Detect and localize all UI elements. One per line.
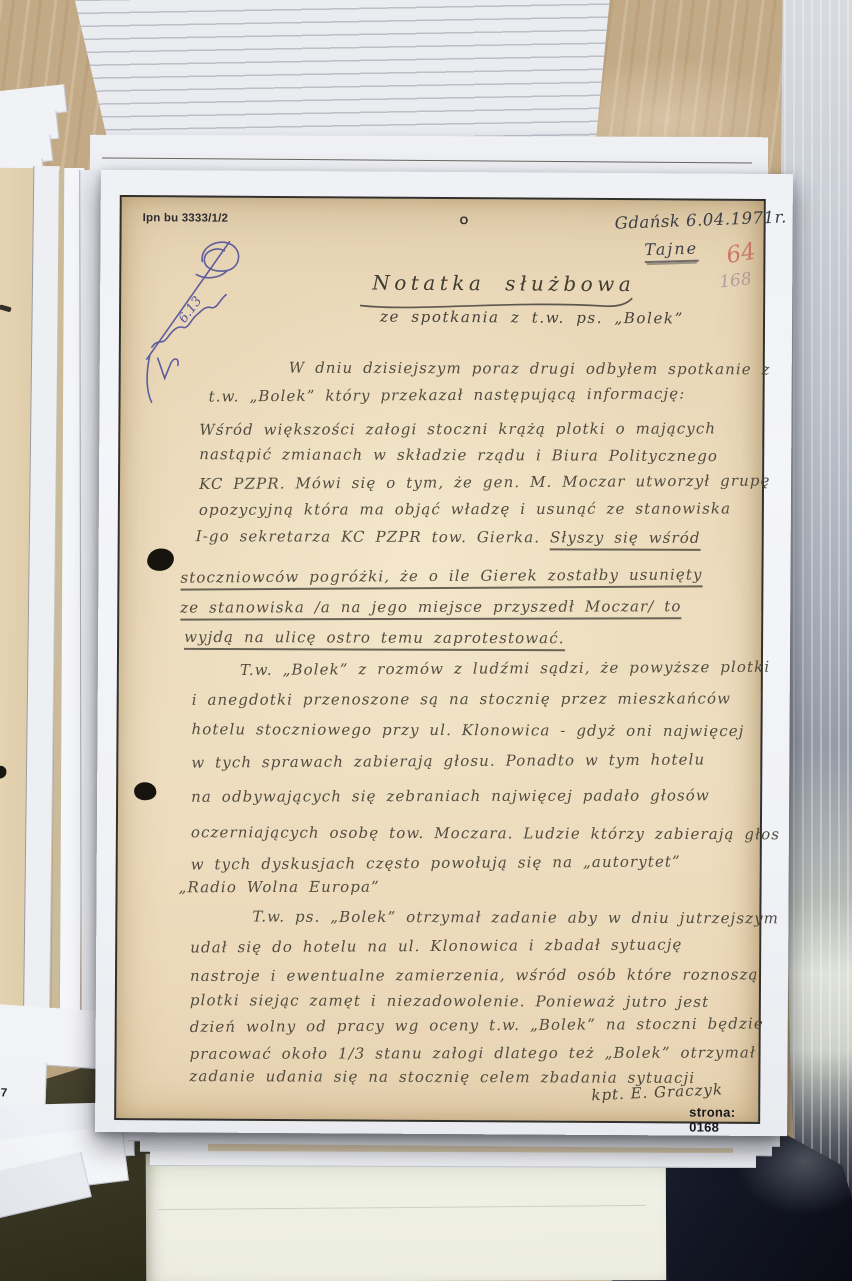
body-line: pracować około 1/3 stanu załogi dlatego …: [190, 1043, 756, 1062]
ink-blot: [0, 766, 6, 779]
body-line: nastąpić zmianach w składzie rządu i Biu…: [199, 445, 718, 465]
body-lines: W dniu dzisiejszym poraz drugi odbyłem s…: [122, 197, 764, 201]
body-line: dzień wolny od pracy wg oceny t.w. „Bole…: [190, 1014, 764, 1036]
body-line: plotki siejąc zamęt i niezadowolenie. Po…: [190, 991, 709, 1011]
dateline: Gdańsk 6.04.1971r.: [614, 207, 787, 232]
body-line: ze stanowiska /a na jego miejsce przysze…: [180, 597, 681, 616]
body-line: T.w. ps. „Bolek” otrzymał zadanie aby w …: [252, 908, 779, 928]
violet-pencil-number: 168: [718, 269, 753, 293]
body-line: „Radio Wolna Europa”: [179, 878, 380, 897]
body-line: hotelu stoczniowego przy ul. Klonowica -…: [191, 720, 744, 740]
body-line: na odbywających się zebraniach najwięcej…: [191, 786, 710, 805]
body-line: KC PZPR. Mówi się o tym, że gen. M. Mocz…: [199, 472, 771, 493]
body-line: wyjdą na ulicę ostro temu zaprotestować.: [184, 628, 565, 647]
body-line: stoczniowców pogróżki, że o ile Gierek z…: [180, 565, 702, 586]
body-line: udał się do hotelu na ul. Klonowica i zb…: [190, 935, 682, 956]
paper-stack-bottom: [146, 1152, 666, 1281]
body-line: opozycyjną która ma objąć władzę i usuną…: [199, 499, 731, 518]
paper-ream-top: [58, 0, 618, 144]
ink-blot: [145, 546, 175, 574]
body-line: w tych sprawach zabierają głosu. Ponadto…: [191, 750, 705, 771]
paper-crease: [158, 1205, 646, 1210]
body-line: w tych dyskusjach często powołują się na…: [191, 852, 681, 873]
top-circle-mark: O: [460, 215, 469, 227]
body-line: oczerniających osobę tow. Moczara. Ludzi…: [191, 823, 780, 843]
body-line: W dniu dzisiejszym poraz drugi odbyłem s…: [289, 359, 771, 379]
sheet-edge-line: [102, 157, 752, 163]
underlying-page-number: 57: [0, 1085, 8, 1099]
red-pencil-number: 64: [724, 239, 757, 270]
photo-scene: 57 Ipn bu 3333/1/2 O Gdańsk 6.04.1971r. …: [0, 0, 852, 1281]
classification-tajne: Tajne: [644, 239, 698, 264]
body-line: zadanie udania się na stocznię celem zba…: [189, 1067, 695, 1087]
ink-blot: [133, 781, 157, 802]
page-number-stamp: strona: 0168: [689, 1105, 758, 1135]
photocopy-page: Ipn bu 3333/1/2 O Gdańsk 6.04.1971r. Taj…: [95, 170, 793, 1136]
ink-mark: [0, 304, 12, 312]
body-line: nastroje i ewentualne zamierzenia, wśród…: [190, 965, 759, 984]
body-line: i anegdotki przenoszone są na stocznię p…: [192, 689, 731, 708]
sheet-edge-under-page: [150, 1151, 756, 1168]
body-line: t.w. „Bolek” który przekazał następującą…: [209, 385, 686, 406]
body-line: Wśród większości załogi stoczni krążą pl…: [199, 419, 716, 438]
body-line: T.w. „Bolek” z rozmów z ludźmi sądzi, że…: [240, 658, 770, 679]
document-title: Notatka służbowa: [372, 271, 635, 297]
document-subtitle: ze spotkania z t.w. ps. „Bolek”: [380, 308, 684, 328]
scanned-document: Ipn bu 3333/1/2 O Gdańsk 6.04.1971r. Taj…: [114, 195, 766, 1124]
body-line: I-go sekretarza KC PZPR tow. Gierka. Sły…: [196, 527, 701, 547]
archive-reference: Ipn bu 3333/1/2: [143, 212, 229, 225]
